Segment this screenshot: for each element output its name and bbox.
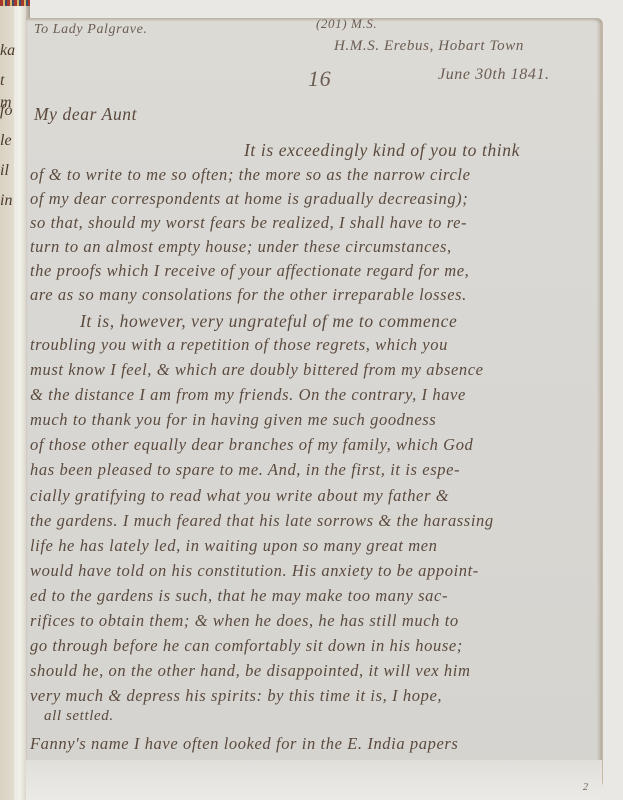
letter-line: go through before he can comfortably sit… bbox=[30, 636, 463, 656]
letter-line: cially gratifying to read what you write… bbox=[30, 486, 449, 506]
letter-line: of those other equally dear branches of … bbox=[30, 435, 473, 455]
page-gutter bbox=[14, 0, 26, 800]
letter-line: all settled. bbox=[44, 708, 114, 725]
letter-line: life he has lately led, in waiting upon … bbox=[30, 536, 438, 556]
letter-line: the gardens. I much feared that his late… bbox=[30, 511, 494, 531]
letter-line: troubling you with a repetition of those… bbox=[30, 335, 448, 355]
archive-mark: (201) M.S. bbox=[316, 16, 377, 32]
spine-text-fragment: le bbox=[0, 130, 14, 152]
letter-line: & the distance I am from my friends. On … bbox=[30, 385, 466, 405]
letter-line: of my dear correspondents at home is gra… bbox=[30, 189, 468, 209]
letter-line: It is exceedingly kind of you to think bbox=[244, 140, 520, 161]
letter-line: so that, should my worst fears be realiz… bbox=[30, 213, 467, 233]
letter-line: are as so many consolations for the othe… bbox=[30, 285, 467, 305]
letter-line: of & to write to me so often; the more s… bbox=[30, 165, 471, 185]
letter-line: Fanny's name I have often looked for in … bbox=[30, 734, 458, 754]
spine-text-fragment: il bbox=[0, 160, 14, 182]
spine-text-fragment: in bbox=[0, 190, 14, 212]
letter-line: turn to an almost empty house; under the… bbox=[30, 237, 452, 257]
spine-text-fragment: fo bbox=[0, 100, 14, 122]
page-signature-mark: 2 bbox=[583, 782, 589, 793]
letter-line: It is, however, very ungrateful of me to… bbox=[80, 311, 457, 332]
letter-line: very much & depress his spirits: by this… bbox=[30, 686, 442, 706]
letter-line: much to thank you for in having given me… bbox=[30, 410, 436, 430]
binding-thread bbox=[0, 0, 30, 6]
salutation: My dear Aunt bbox=[34, 104, 137, 125]
address-line: H.M.S. Erebus, Hobart Town bbox=[334, 38, 524, 55]
letter-line: the proofs which I receive of your affec… bbox=[30, 261, 469, 281]
letter-line: ed to the gardens is such, that he may m… bbox=[30, 586, 448, 606]
letter-line: rifices to obtain them; & when he does, … bbox=[30, 611, 459, 631]
recipient-note: To Lady Palgrave. bbox=[34, 22, 148, 38]
spine-text-fragment: ka bbox=[0, 40, 14, 62]
letter-line: has been pleased to spare to me. And, in… bbox=[30, 460, 460, 480]
letter-line: must know I feel, & which are doubly bit… bbox=[30, 360, 484, 380]
letter-line: should he, on the other hand, be disappo… bbox=[30, 661, 470, 681]
page-bottom-margin bbox=[26, 760, 602, 800]
date-line: June 30th 1841. bbox=[438, 66, 550, 84]
letter-line: would have told on his constitution. His… bbox=[30, 561, 479, 581]
folio-number: 16 bbox=[308, 66, 331, 92]
